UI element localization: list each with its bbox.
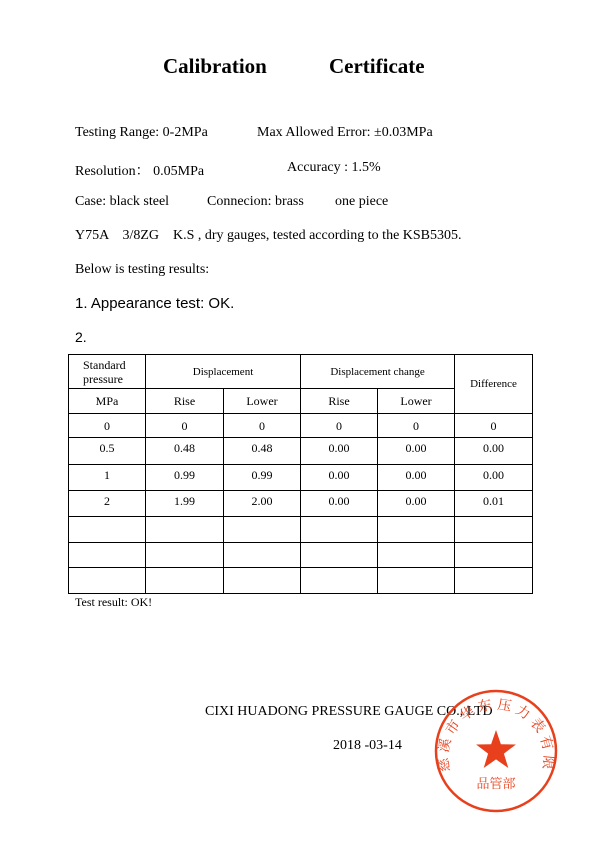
testing-range: Testing Range: 0-2MPa xyxy=(75,125,208,141)
table-cell: 0.00 xyxy=(455,465,533,491)
test-result: Test result: OK! xyxy=(75,595,152,610)
table-cell: 0.48 xyxy=(224,438,301,465)
table-cell xyxy=(69,568,146,594)
table-cell xyxy=(146,543,224,568)
case-material: Case: black steel xyxy=(75,194,169,210)
item-2-label: 2. xyxy=(75,329,87,345)
table-cell: 0 xyxy=(301,414,378,438)
stamp-department: 品管部 xyxy=(476,777,515,792)
results-table: Standard pressure Displacement Displacem… xyxy=(68,354,533,594)
table-cell xyxy=(378,568,455,594)
header-difference: Difference xyxy=(455,355,533,414)
table-cell: 0 xyxy=(378,414,455,438)
header-displacement-change: Displacement change xyxy=(301,355,455,389)
max-allowed-error: Max Allowed Error: ±0.03MPa xyxy=(257,125,433,141)
table-cell: 1.99 xyxy=(146,491,224,517)
table-cell: 0.5 xyxy=(69,438,146,465)
table-row xyxy=(69,543,533,568)
one-piece: one piece xyxy=(335,194,388,210)
header-change-lower: Lower xyxy=(378,389,455,414)
table-cell xyxy=(455,568,533,594)
table-cell xyxy=(69,543,146,568)
header-displacement: Displacement xyxy=(146,355,301,389)
table-cell: 0.00 xyxy=(378,465,455,491)
table-cell xyxy=(224,517,301,543)
table-cell: 0.00 xyxy=(455,438,533,465)
results-intro: Below is testing results: xyxy=(75,262,209,278)
header-rise: Rise xyxy=(146,389,224,414)
table-cell: 0.00 xyxy=(378,491,455,517)
table-cell: 0.00 xyxy=(301,438,378,465)
table-cell xyxy=(146,517,224,543)
table-cell: 0 xyxy=(69,414,146,438)
header-change-rise: Rise xyxy=(301,389,378,414)
header-unit: MPa xyxy=(69,389,146,414)
company-seal-stamp: 慈溪市华东压力表有限公司 品管部 xyxy=(432,687,560,815)
title-certificate: Certificate xyxy=(329,54,425,79)
table-cell: 0.99 xyxy=(146,465,224,491)
table-cell: 2 xyxy=(69,491,146,517)
table-row: 21.992.000.000.000.01 xyxy=(69,491,533,517)
header-standard-pressure: Standard pressure xyxy=(69,355,146,389)
table-cell: 2.00 xyxy=(224,491,301,517)
table-cell xyxy=(224,543,301,568)
table-header-row: Standard pressure Displacement Displacem… xyxy=(69,355,533,389)
header-lower: Lower xyxy=(224,389,301,414)
title-calibration: Calibration xyxy=(163,54,267,79)
issue-date: 2018 -03-14 xyxy=(333,738,402,754)
table-cell xyxy=(301,568,378,594)
appearance-test: 1. Appearance test: OK. xyxy=(75,295,234,312)
table-cell: 0.00 xyxy=(301,491,378,517)
table-row: 10.990.990.000.000.00 xyxy=(69,465,533,491)
table-cell: 0.01 xyxy=(455,491,533,517)
star-icon xyxy=(476,730,516,768)
table-cell: 0 xyxy=(146,414,224,438)
table-cell: 0.00 xyxy=(301,465,378,491)
connection-material: Connecion: brass xyxy=(207,194,304,210)
table-row xyxy=(69,568,533,594)
table-row: 0.50.480.480.000.000.00 xyxy=(69,438,533,465)
table-cell xyxy=(455,517,533,543)
table-cell xyxy=(455,543,533,568)
table-cell: 0 xyxy=(455,414,533,438)
table-cell xyxy=(146,568,224,594)
table-cell xyxy=(378,517,455,543)
model-line: Y75A 3/8ZG K.S , dry gauges, tested acco… xyxy=(75,228,462,244)
table-cell xyxy=(301,517,378,543)
table-cell: 0.99 xyxy=(224,465,301,491)
table-cell: 0.48 xyxy=(146,438,224,465)
table-row: 000000 xyxy=(69,414,533,438)
table-cell: 0 xyxy=(224,414,301,438)
table-cell xyxy=(378,543,455,568)
resolution: Resolution： 0.05MPa xyxy=(75,160,204,180)
table-row xyxy=(69,517,533,543)
table-cell xyxy=(301,543,378,568)
table-cell: 1 xyxy=(69,465,146,491)
table-cell xyxy=(224,568,301,594)
accuracy: Accuracy : 1.5% xyxy=(287,160,381,176)
table-cell xyxy=(69,517,146,543)
table-cell: 0.00 xyxy=(378,438,455,465)
